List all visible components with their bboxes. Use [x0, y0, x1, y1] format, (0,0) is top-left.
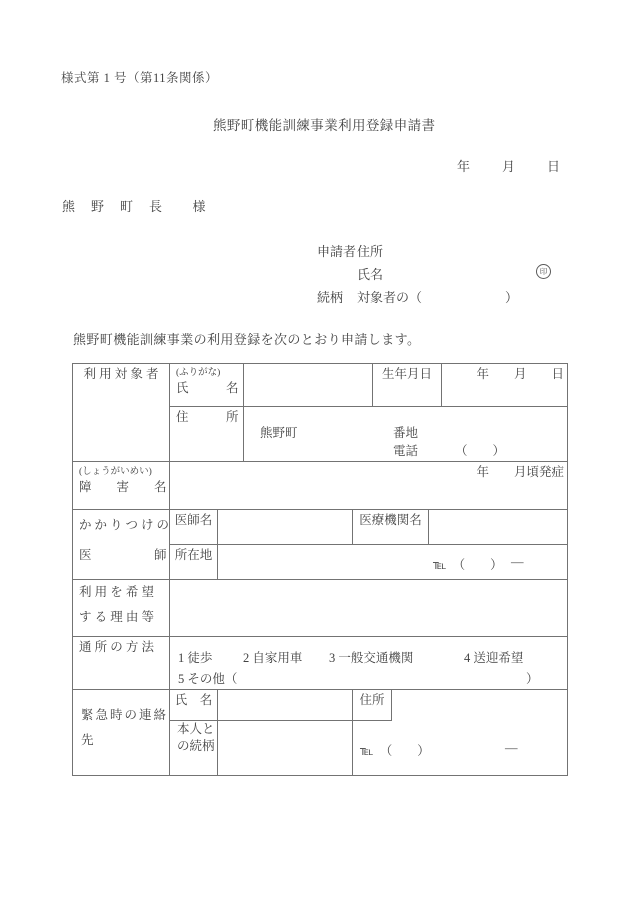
name-label: 氏 名 — [176, 380, 243, 397]
reason-input-cell — [170, 580, 568, 637]
disability-header-cell: (しょうがいめい) 障 害 名 — [73, 462, 170, 510]
reason-label-line1: 利 用 を 希 望 — [79, 580, 169, 605]
contact-relation-label-cell: 本人と の続柄 — [170, 721, 218, 776]
location-label-cell: 所在地 — [170, 545, 218, 580]
address-input-cell: 熊野町 番地 電話 （ ） — [244, 407, 568, 462]
commute-option-transit: 3 一般交通機関 — [329, 648, 413, 666]
address-label-cell: 住 所 — [170, 407, 244, 462]
contact-address-input-cell — [392, 690, 568, 721]
document-page: { "header": { "form_number": "様式第 1 号（第1… — [0, 0, 630, 915]
reason-label-line2: す る 理 由 等 — [79, 605, 169, 630]
doctor-name-input-cell — [218, 510, 353, 545]
phone-paren: （ ） — [455, 441, 505, 459]
target-person-label: 利 用 対 象 者 — [73, 364, 169, 382]
address-banchi: 番地 — [393, 423, 418, 441]
doctor-name-label: 医師名 — [170, 510, 217, 528]
contact-relation-line2: の続柄 — [177, 738, 217, 755]
location-label: 所在地 — [170, 545, 217, 563]
commute-option-car: 2 自家用車 — [243, 648, 302, 666]
doctor-label-line1: かかりつけの — [79, 510, 169, 540]
address-town: 熊野町 — [260, 423, 298, 441]
commute-label: 通 所 の 方 法 — [79, 637, 169, 655]
contact-tel-cell: ℡ （ ） ― — [353, 721, 568, 776]
reason-header-cell: 利 用 を 希 望 す る 理 由 等 — [73, 580, 170, 637]
birthdate-value: 年 月 日 — [442, 364, 564, 382]
name-label-cell: (ふりがな) 氏 名 — [170, 364, 244, 407]
application-statement: 熊野町機能訓練事業の利用登録を次のとおり申請します。 — [73, 329, 420, 348]
doctor-label-line2: 医 師 — [79, 540, 169, 570]
institution-label: 医療機関名 — [353, 510, 428, 528]
furigana-label: (ふりがな) — [176, 367, 243, 380]
address-label: 住 所 — [176, 407, 243, 425]
contact-relation-input-cell — [218, 721, 353, 776]
target-person-header-cell: 利 用 対 象 者 — [73, 364, 170, 462]
emergency-label-line1: 緊急時の連絡 — [81, 703, 169, 728]
disability-furigana-label: (しょうがいめい) — [79, 466, 169, 479]
commute-option-pickup: 4 送迎希望 — [464, 648, 523, 666]
doctor-name-label-cell: 医師名 — [170, 510, 218, 545]
contact-name-label: 氏 名 — [170, 690, 217, 708]
form-number: 様式第 1 号（第11条関係） — [61, 68, 218, 86]
contact-relation-line1: 本人と — [177, 721, 217, 738]
disability-input-cell: 年 月頃発症 — [170, 462, 568, 510]
phone-label: 電話 — [393, 441, 418, 459]
seal-mark-icon: 印 — [536, 264, 551, 279]
emergency-header-cell: 緊急時の連絡 先 — [73, 690, 170, 776]
location-input-cell: ℡ （ ） ― — [218, 545, 568, 580]
relation-label: 続柄 — [317, 287, 343, 306]
relation-close-paren: ） — [505, 287, 518, 306]
date-line: 年 月 日 — [457, 156, 562, 175]
birthdate-label: 生年月日 — [373, 364, 441, 382]
birthdate-label-cell: 生年月日 — [373, 364, 442, 407]
contact-address-label-cell: 住所 — [353, 690, 392, 721]
institution-input-cell — [429, 510, 568, 545]
commute-option-other: 5 その他（ — [178, 669, 237, 687]
doctor-tel-dash: ― — [511, 555, 524, 570]
commute-other-close-paren: ） — [526, 669, 539, 687]
doctor-tel-text: ℡ （ ） — [433, 555, 503, 573]
contact-address-label: 住所 — [353, 690, 391, 708]
contact-name-label-cell: 氏 名 — [170, 690, 218, 721]
document-title: 熊野町機能訓練事業利用登録申請書 — [213, 114, 435, 134]
applicant-label: 申請者 — [317, 241, 356, 260]
name-input-cell — [244, 364, 373, 407]
contact-tel-dash: ― — [505, 741, 518, 756]
addressee-line: 熊 野 町 長 様 — [62, 196, 207, 215]
contact-name-input-cell — [218, 690, 353, 721]
commute-option-walk: 1 徒歩 — [178, 648, 212, 666]
application-form-table: 利 用 対 象 者 (ふりがな) 氏 名 生年月日 年 月 日 住 所 熊野町 … — [72, 363, 568, 776]
emergency-label-line2: 先 — [81, 728, 169, 753]
institution-label-cell: 医療機関名 — [353, 510, 429, 545]
birthdate-value-cell: 年 月 日 — [442, 364, 568, 407]
commute-header-cell: 通 所 の 方 法 — [73, 637, 170, 690]
doctor-header-cell: かかりつけの 医 師 — [73, 510, 170, 580]
contact-tel-text: ℡ （ ） — [360, 741, 430, 759]
applicant-address-label: 住所 — [357, 241, 383, 260]
relation-value: 対象者の（ — [357, 287, 422, 306]
onset-text: 年 月頃発症 — [170, 462, 564, 480]
disability-label: 障 害 名 — [79, 479, 169, 496]
commute-options-cell: 1 徒歩 2 自家用車 3 一般交通機関 4 送迎希望 5 その他（ ） — [170, 637, 568, 690]
applicant-name-label: 氏名 — [357, 264, 383, 283]
